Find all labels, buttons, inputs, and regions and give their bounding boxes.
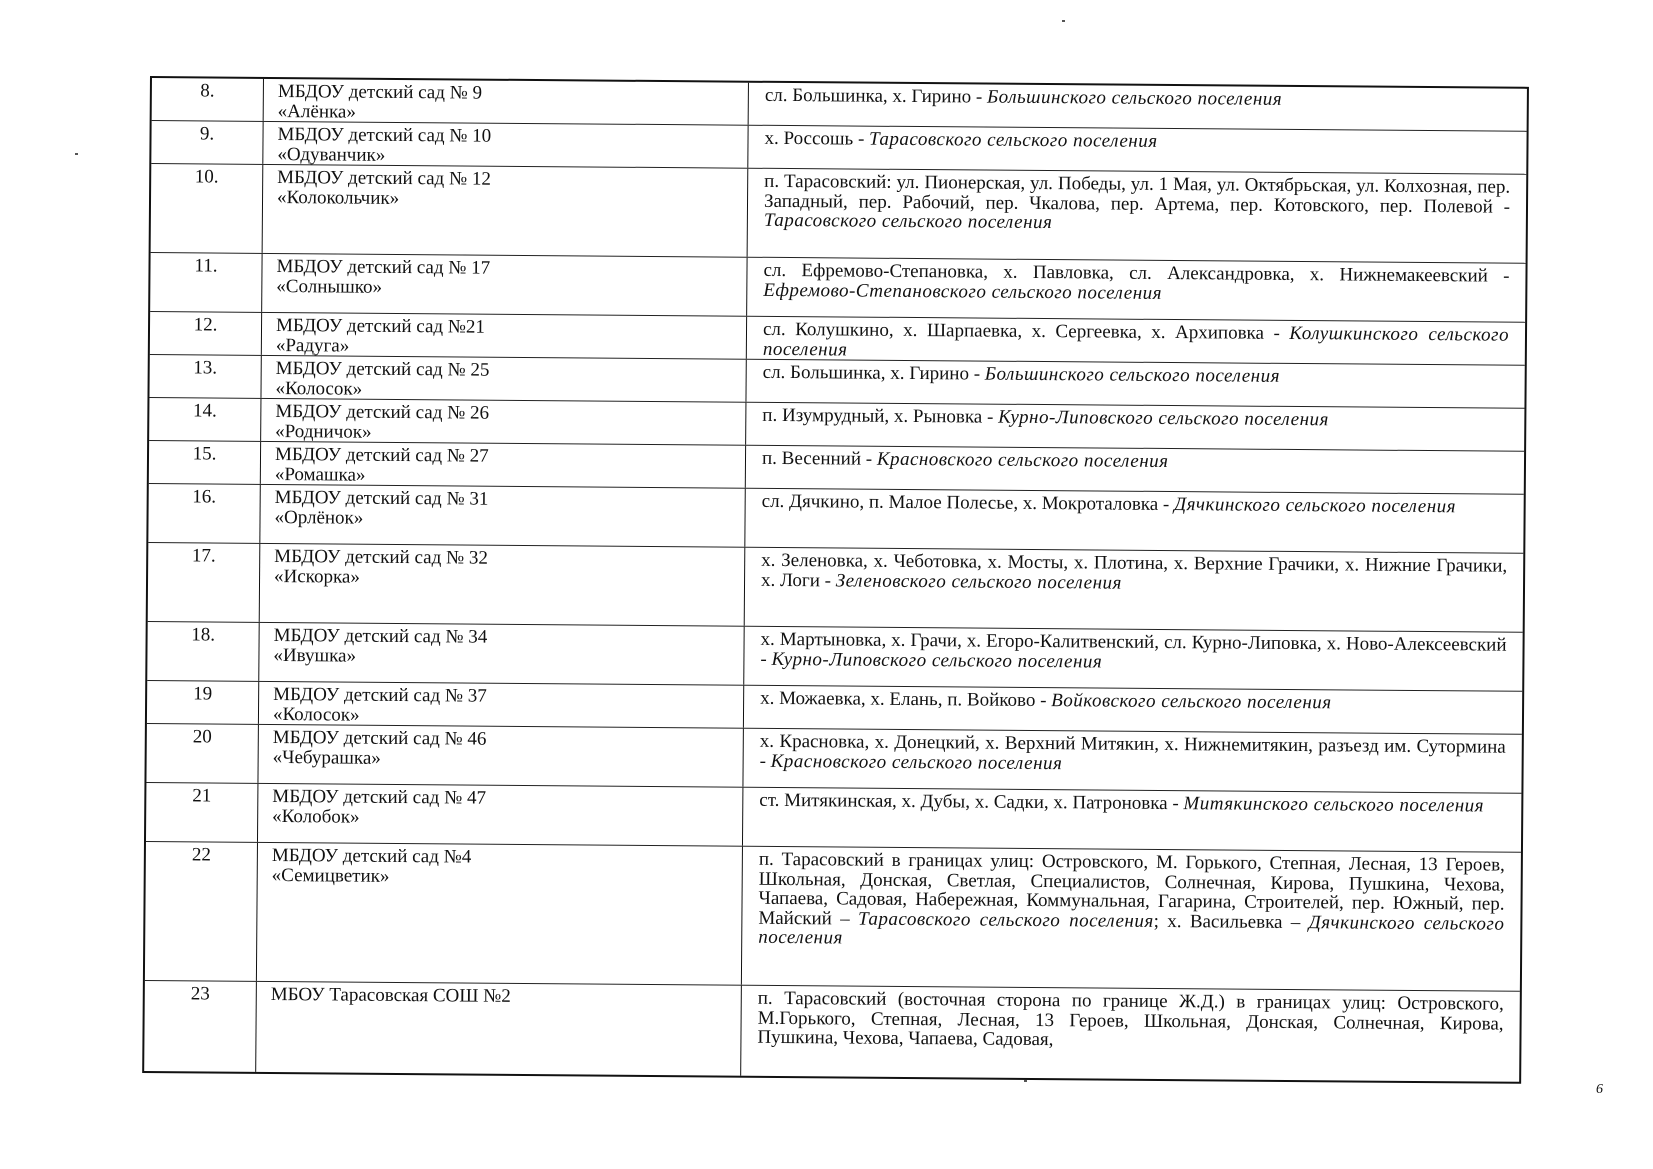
assigned-territory: п. Весенний - Красновского сельского пос… bbox=[746, 446, 1524, 494]
table-row: 23МБОУ Тарасовская СОШ №2п. Тарасовский … bbox=[144, 981, 1520, 1082]
row-number: 17. bbox=[148, 543, 261, 622]
assigned-territory: х. Можаевка, х. Елань, п. Войково - Войк… bbox=[744, 686, 1522, 734]
assigned-territory: х. Красновка, х. Донецкий, х. Верхний Ми… bbox=[743, 729, 1521, 793]
assigned-territory: п. Тарасовский: ул. Пионерская, ул. Побе… bbox=[748, 169, 1527, 263]
assigned-territory: х. Мартыновка, х. Грачи, х. Егоро-Калитв… bbox=[744, 627, 1522, 691]
assigned-territory: п. Тарасовский в границах улиц: Островск… bbox=[742, 847, 1521, 991]
institution-name: МБДОУ детский сад №21«Радуга» bbox=[262, 313, 747, 359]
assigned-territory: ст. Митякинская, х. Дубы, х. Садки, х. П… bbox=[743, 788, 1521, 852]
table-row: 21МБДОУ детский сад № 47«Колобок»ст. Мит… bbox=[146, 783, 1521, 853]
assigned-territory: сл. Ефремово-Степановка, х. Павловка, сл… bbox=[747, 258, 1525, 322]
assigned-territory: сл. Большинка, х. Гирино - Большинского … bbox=[749, 83, 1527, 131]
row-number: 18. bbox=[147, 622, 259, 681]
row-number: 19 bbox=[147, 681, 259, 724]
institution-name: МБДОУ детский сад № 47«Колобок» bbox=[258, 784, 743, 846]
assigned-territory: х. Зеленовка, х. Чеботовка, х. Мосты, х.… bbox=[745, 548, 1524, 632]
institution-name: МБДОУ детский сад № 31«Орлёнок» bbox=[260, 485, 745, 547]
assigned-territory: п. Изумрудный, х. Рыновка - Курно-Липовс… bbox=[746, 403, 1524, 451]
scan-speck bbox=[1062, 20, 1065, 22]
page-number: 6 bbox=[1596, 1082, 1603, 1098]
row-number: 23 bbox=[144, 981, 257, 1072]
table-row: 22МБДОУ детский сад №4«Семицветик»п. Тар… bbox=[145, 842, 1521, 992]
row-number: 12. bbox=[150, 312, 262, 355]
scan-speck bbox=[75, 153, 78, 155]
institution-name: МБДОУ детский сад №4«Семицветик» bbox=[257, 843, 743, 985]
row-number: 15. bbox=[149, 441, 261, 484]
institution-name: МБДОУ детский сад № 46«Чебурашка» bbox=[258, 725, 743, 787]
assigned-territory: п. Тарасовский (восточная сторона по гра… bbox=[741, 986, 1520, 1082]
table-row: 20МБДОУ детский сад № 46«Чебурашка»х. Кр… bbox=[146, 724, 1521, 794]
row-number: 8. bbox=[152, 78, 264, 121]
table-row: 11.МБДОУ детский сад № 17«Солнышко»сл. Е… bbox=[150, 253, 1525, 323]
institution-name: МБДОУ детский сад № 12«Колокольчик» bbox=[263, 165, 749, 257]
table-row: 17.МБДОУ детский сад № 32«Искорка»х. Зел… bbox=[148, 543, 1524, 633]
institution-name: МБДОУ детский сад № 34«Ивушка» bbox=[259, 623, 744, 685]
institution-name: МБДОУ детский сад № 25«Колосок» bbox=[261, 356, 746, 402]
row-number: 20 bbox=[146, 724, 258, 783]
institution-name: МБДОУ детский сад № 26«Родничок» bbox=[261, 399, 746, 445]
assigned-territory: сл. Колушкино, х. Шарпаевка, х. Сергеевк… bbox=[747, 317, 1525, 365]
row-number: 11. bbox=[150, 253, 262, 312]
institution-name: МБДОУ детский сад № 27«Ромашка» bbox=[261, 442, 746, 488]
institution-name: МБОУ Тарасовская СОШ №2 bbox=[256, 982, 742, 1076]
institution-name: МБДОУ детский сад № 10«Одуванчик» bbox=[263, 122, 748, 168]
assigned-territory: сл. Дячкино, п. Малое Полесье, х. Мокрот… bbox=[745, 489, 1523, 553]
institution-name: МБДОУ детский сад № 32«Искорка» bbox=[260, 544, 746, 626]
assigned-territory: х. Россошь - Тарасовского сельского посе… bbox=[748, 126, 1526, 174]
row-number: 13. bbox=[149, 355, 261, 398]
kindergarten-territory-table: 8.МБДОУ детский сад № 9«Алёнка»сл. Больш… bbox=[142, 76, 1529, 1084]
document-page: 8.МБДОУ детский сад № 9«Алёнка»сл. Больш… bbox=[0, 0, 1653, 1169]
row-number: 14. bbox=[149, 398, 261, 441]
table-row: 18.МБДОУ детский сад № 34«Ивушка»х. Март… bbox=[147, 622, 1522, 692]
row-number: 10. bbox=[151, 164, 264, 253]
institution-name: МБДОУ детский сад № 9«Алёнка» bbox=[264, 79, 749, 125]
scan-speck bbox=[1024, 1080, 1027, 1082]
assigned-territory: сл. Большинка, х. Гирино - Большинского … bbox=[746, 360, 1524, 408]
row-number: 21 bbox=[146, 783, 258, 842]
table-row: 16.МБДОУ детский сад № 31«Орлёнок»сл. Дя… bbox=[148, 484, 1523, 554]
row-number: 22 bbox=[145, 842, 258, 981]
table-row: 10.МБДОУ детский сад № 12«Колокольчик»п.… bbox=[151, 164, 1527, 264]
row-number: 16. bbox=[148, 484, 260, 543]
institution-name: МБДОУ детский сад № 37«Колосок» bbox=[259, 682, 744, 728]
row-number: 9. bbox=[151, 121, 263, 164]
institution-name: МБДОУ детский сад № 17«Солнышко» bbox=[262, 254, 747, 316]
